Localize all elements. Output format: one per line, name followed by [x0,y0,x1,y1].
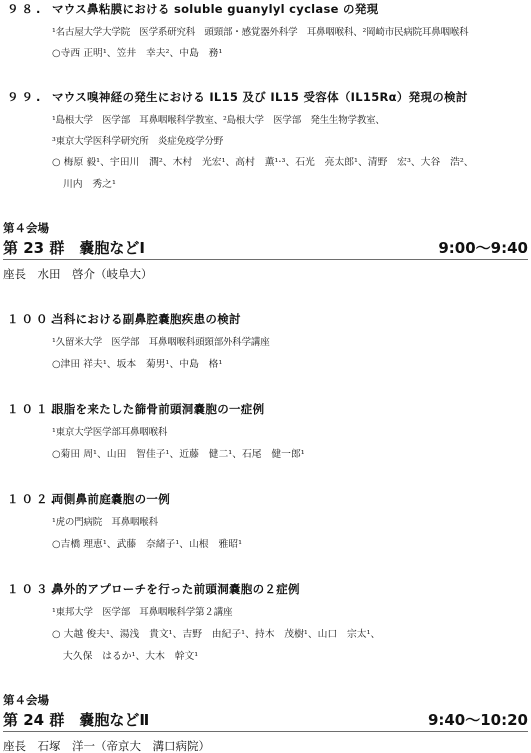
entry-affiliation: ¹島根大学 医学部 耳鼻咽喉科学教室、²島根大学 医学部 発生生物学教室、 [52,112,385,126]
session-heading: 第 24 群 嚢胞などⅡ 9:40〜10:20 [3,711,528,732]
entry-affiliation: ¹東邦大学 医学部 耳鼻咽喉科学第２講座 [52,604,232,618]
session-title: 第 23 群 嚢胞などⅠ [3,237,145,258]
session-heading: 第 23 群 嚢胞などⅠ 9:00〜9:40 [3,239,528,260]
entry-authors: ○津田 祥夫¹、坂本 菊男¹、中島 格¹ [52,356,222,370]
entry-number: １００. [7,311,58,327]
entry-title: 当科における副鼻腔嚢胞疾患の検討 [52,311,241,327]
entry-affiliation: ¹久留米大学 医学部 耳鼻咽喉科頭頸部外科学講座 [52,334,270,348]
entry-number: １０１. [7,401,58,417]
session-venue: 第４会場 [3,220,49,236]
session-chair: 座長 水田 啓介（岐阜大） [3,266,153,282]
session-time: 9:40〜10:20 [428,709,528,730]
entry-affiliation: ¹虎の門病院 耳鼻咽喉科 [52,514,158,528]
entry-authors: ○吉橋 理恵¹、武藤 奈緒子¹、山根 雅昭¹ [52,536,242,550]
entry-title: 両側鼻前庭嚢胞の一例 [52,491,170,507]
entry-title: マウス鼻粘膜における soluble guanylyl cyclase の発現 [52,1,378,17]
entry-authors-continued: 大久保 はるか¹、大木 幹文¹ [63,648,198,662]
entry-number: １０３. [7,581,58,597]
entry-title: マウス嗅神経の発生における IL15 及び IL15 受容体（IL15Rα）発現… [52,89,468,105]
session-venue: 第４会場 [3,692,49,708]
entry-title: 眼脂を来たした篩骨前頭洞嚢胞の一症例 [52,401,264,417]
entry-affiliation: ¹東京大学医学部耳鼻咽喉科 [52,424,167,438]
entry-authors: ○ 梅原 毅¹、宇田川 潤²、木村 光宏¹、高村 薫¹·³、石光 亮太郎¹、清野… [52,154,474,168]
entry-title: 鼻外的アプローチを行った前頭洞嚢胞の２症例 [52,581,300,597]
session-title: 第 24 群 嚢胞などⅡ [3,709,149,730]
entry-number: ９８. [7,1,43,17]
entry-affiliation: ³東京大学医科学研究所 炎症免疫学分野 [52,133,223,147]
entry-number: １０２. [7,491,58,507]
session-chair: 座長 石塚 洋一（帝京大 溝口病院） [3,738,210,753]
entry-number: ９９. [7,89,43,105]
entry-authors: ○ 大越 俊夫¹、湯浅 貴文¹、吉野 由紀子¹、持木 茂樹¹、山口 宗太¹、 [52,626,380,640]
entry-authors: ○寺西 正明¹、笠井 幸夫²、中島 務¹ [52,45,222,59]
entry-affiliation: ¹名古屋大学大学院 医学系研究科 頭頸部・感覚器外科学 耳鼻咽喉科、²岡崎市民病… [52,24,468,38]
entry-authors: ○菊田 周¹、山田 智佳子¹、近藤 健二¹、石尾 健一郎¹ [52,446,305,460]
session-time: 9:00〜9:40 [438,237,528,258]
entry-authors-continued: 川内 秀之¹ [63,176,116,190]
